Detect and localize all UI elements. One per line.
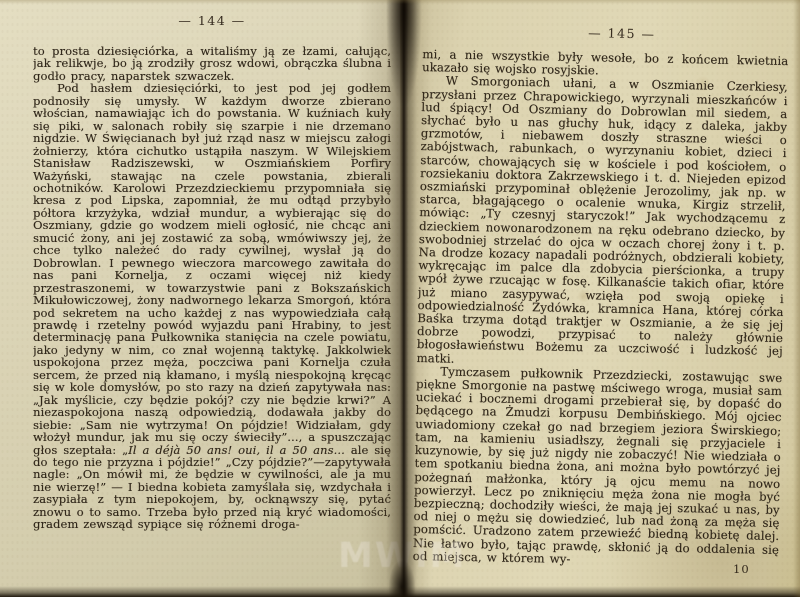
- paragraph: Tymczasem pułkownik Przezdziecki, zostaw…: [413, 365, 783, 570]
- paragraph: to prosta dziesięciórka, a witaliśmy ją …: [33, 45, 391, 82]
- paragraph: Pod hasłem dziesięciórki, to jest pod je…: [33, 82, 391, 530]
- left-page-content: — 144 — to prosta dziesięciórka, a wital…: [33, 13, 391, 558]
- left-page-number: — 144 —: [33, 13, 391, 28]
- book-scan: — 144 — to prosta dziesięciórka, a wital…: [0, 0, 800, 597]
- signature-mark: 10: [733, 562, 750, 576]
- right-page-content: — 145 — mi, a nie wszystkie były wesołe,…: [412, 22, 789, 589]
- left-page-text: to prosta dziesięciórka, a witaliśmy ją …: [33, 45, 391, 531]
- right-page-text: mi, a nie wszystkie były wesołe, bo z ko…: [413, 48, 789, 570]
- paragraph: W Smorgoniach ułani, a w Oszmianie Czerk…: [416, 74, 788, 371]
